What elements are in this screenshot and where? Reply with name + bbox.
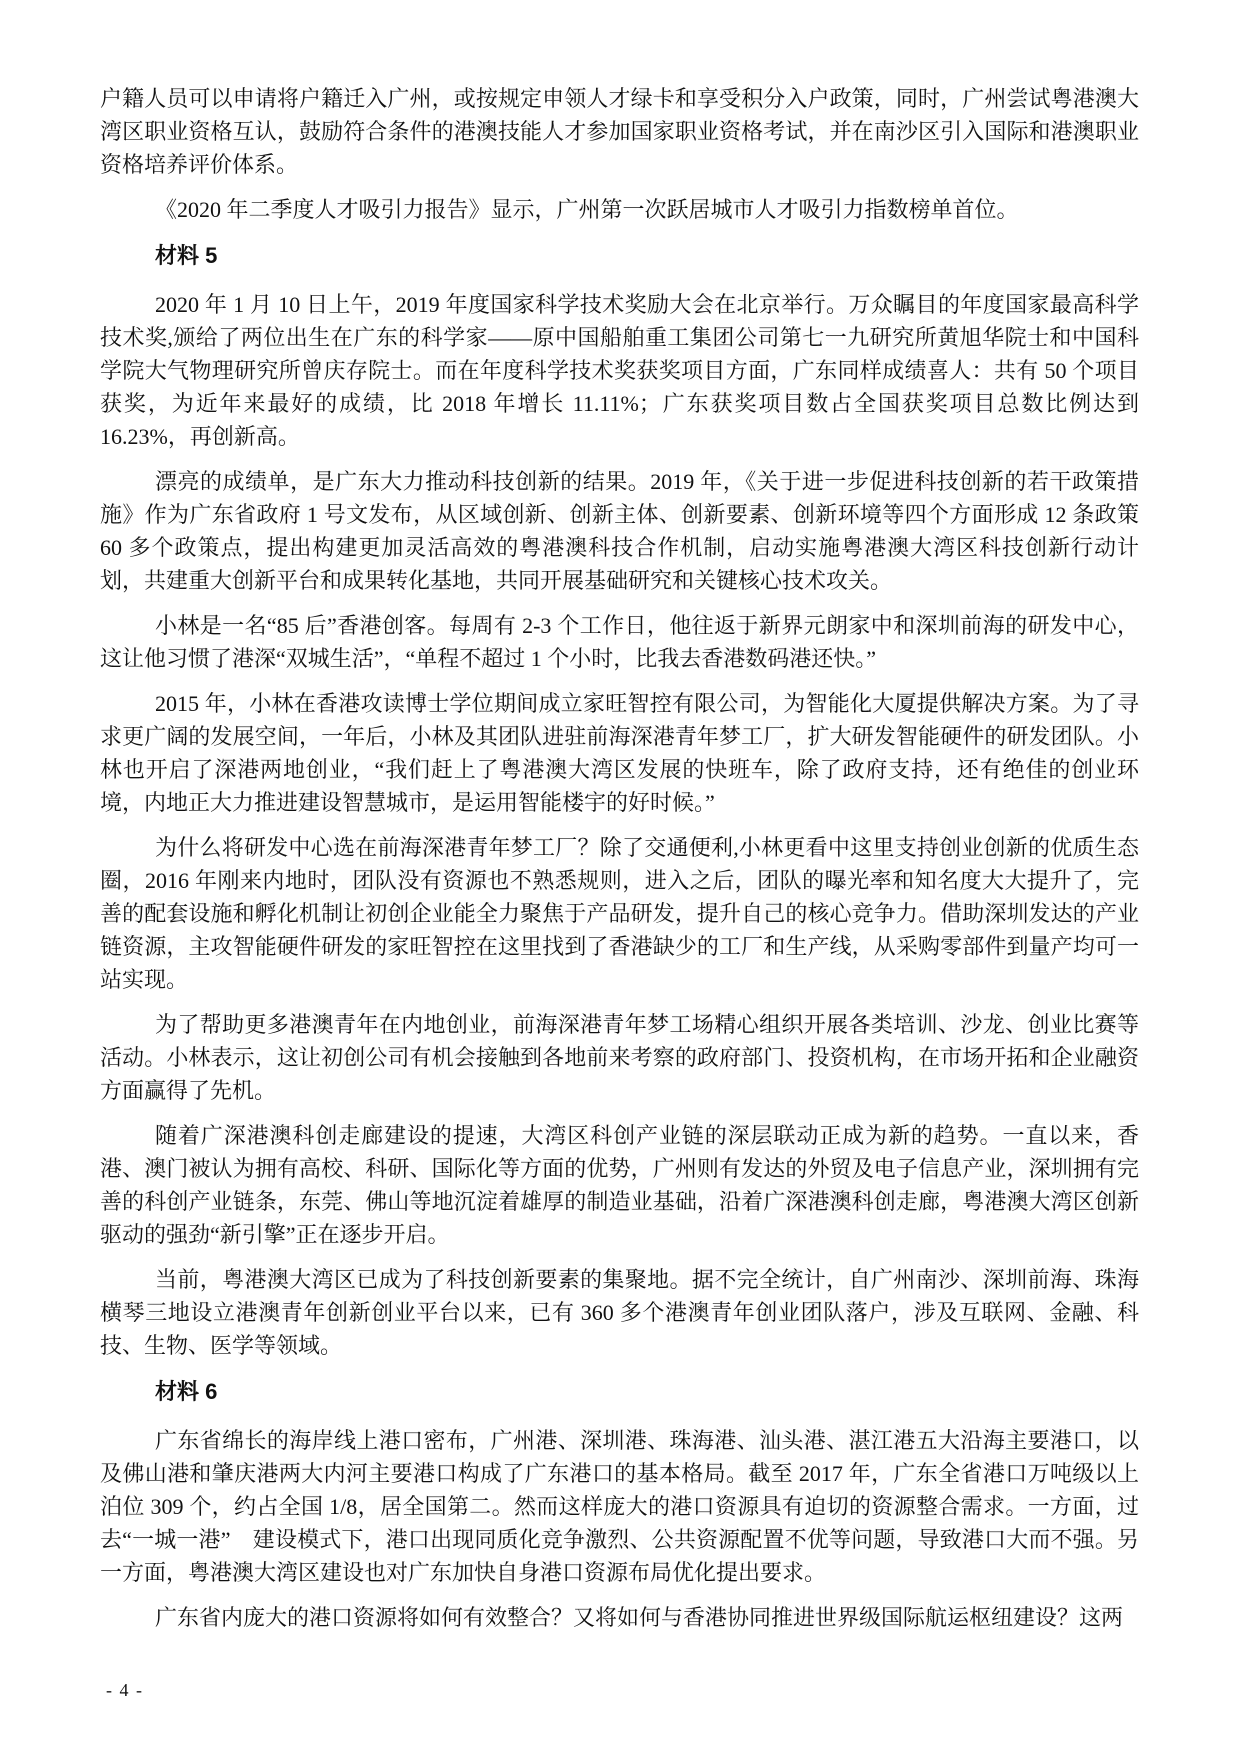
section-heading: 材料 5 xyxy=(100,239,1139,272)
section-heading: 材料 6 xyxy=(100,1375,1139,1408)
document-content: 户籍人员可以申请将户籍迁入广州，或按规定申领人才绿卡和享受积分入户政策，同时，广… xyxy=(100,70,1139,1634)
paragraph: 2015 年，小林在香港攻读博士学位期间成立家旺智控有限公司，为智能化大厦提供解… xyxy=(100,687,1139,819)
paragraph: 《2020 年二季度人才吸引力报告》显示，广州第一次跃居城市人才吸引力指数榜单首… xyxy=(100,193,1139,226)
paragraph: 随着广深港澳科创走廊建设的提速，大湾区科创产业链的深层联动正成为新的趋势。一直以… xyxy=(100,1119,1139,1251)
paragraph: 户籍人员可以申请将户籍迁入广州，或按规定申领人才绿卡和享受积分入户政策，同时，广… xyxy=(100,82,1139,181)
paragraph: 广东省内庞大的港口资源将如何有效整合？又将如何与香港协同推进世界级国际航运枢纽建… xyxy=(100,1601,1139,1634)
paragraph: 广东省绵长的海岸线上港口密布，广州港、深圳港、珠海港、汕头港、湛江港五大沿海主要… xyxy=(100,1424,1139,1589)
page-number: - 4 - xyxy=(106,1680,144,1701)
paragraph: 当前，粤港澳大湾区已成为了科技创新要素的集聚地。据不完全统计，自广州南沙、深圳前… xyxy=(100,1263,1139,1362)
paragraph: 为了帮助更多港澳青年在内地创业，前海深港青年梦工场精心组织开展各类培训、沙龙、创… xyxy=(100,1008,1139,1107)
paragraph: 漂亮的成绩单，是广东大力推动科技创新的结果。2019 年，《关于进一步促进科技创… xyxy=(100,465,1139,597)
paragraph: 小林是一名“85 后”香港创客。每周有 2-3 个工作日，他往返于新界元朗家中和… xyxy=(100,609,1139,675)
paragraph: 为什么将研发中心选在前海深港青年梦工厂？除了交通便利,小林更看中这里支持创业创新… xyxy=(100,831,1139,996)
paragraph: 2020 年 1 月 10 日上午，2019 年度国家科学技术奖励大会在北京举行… xyxy=(100,288,1139,453)
